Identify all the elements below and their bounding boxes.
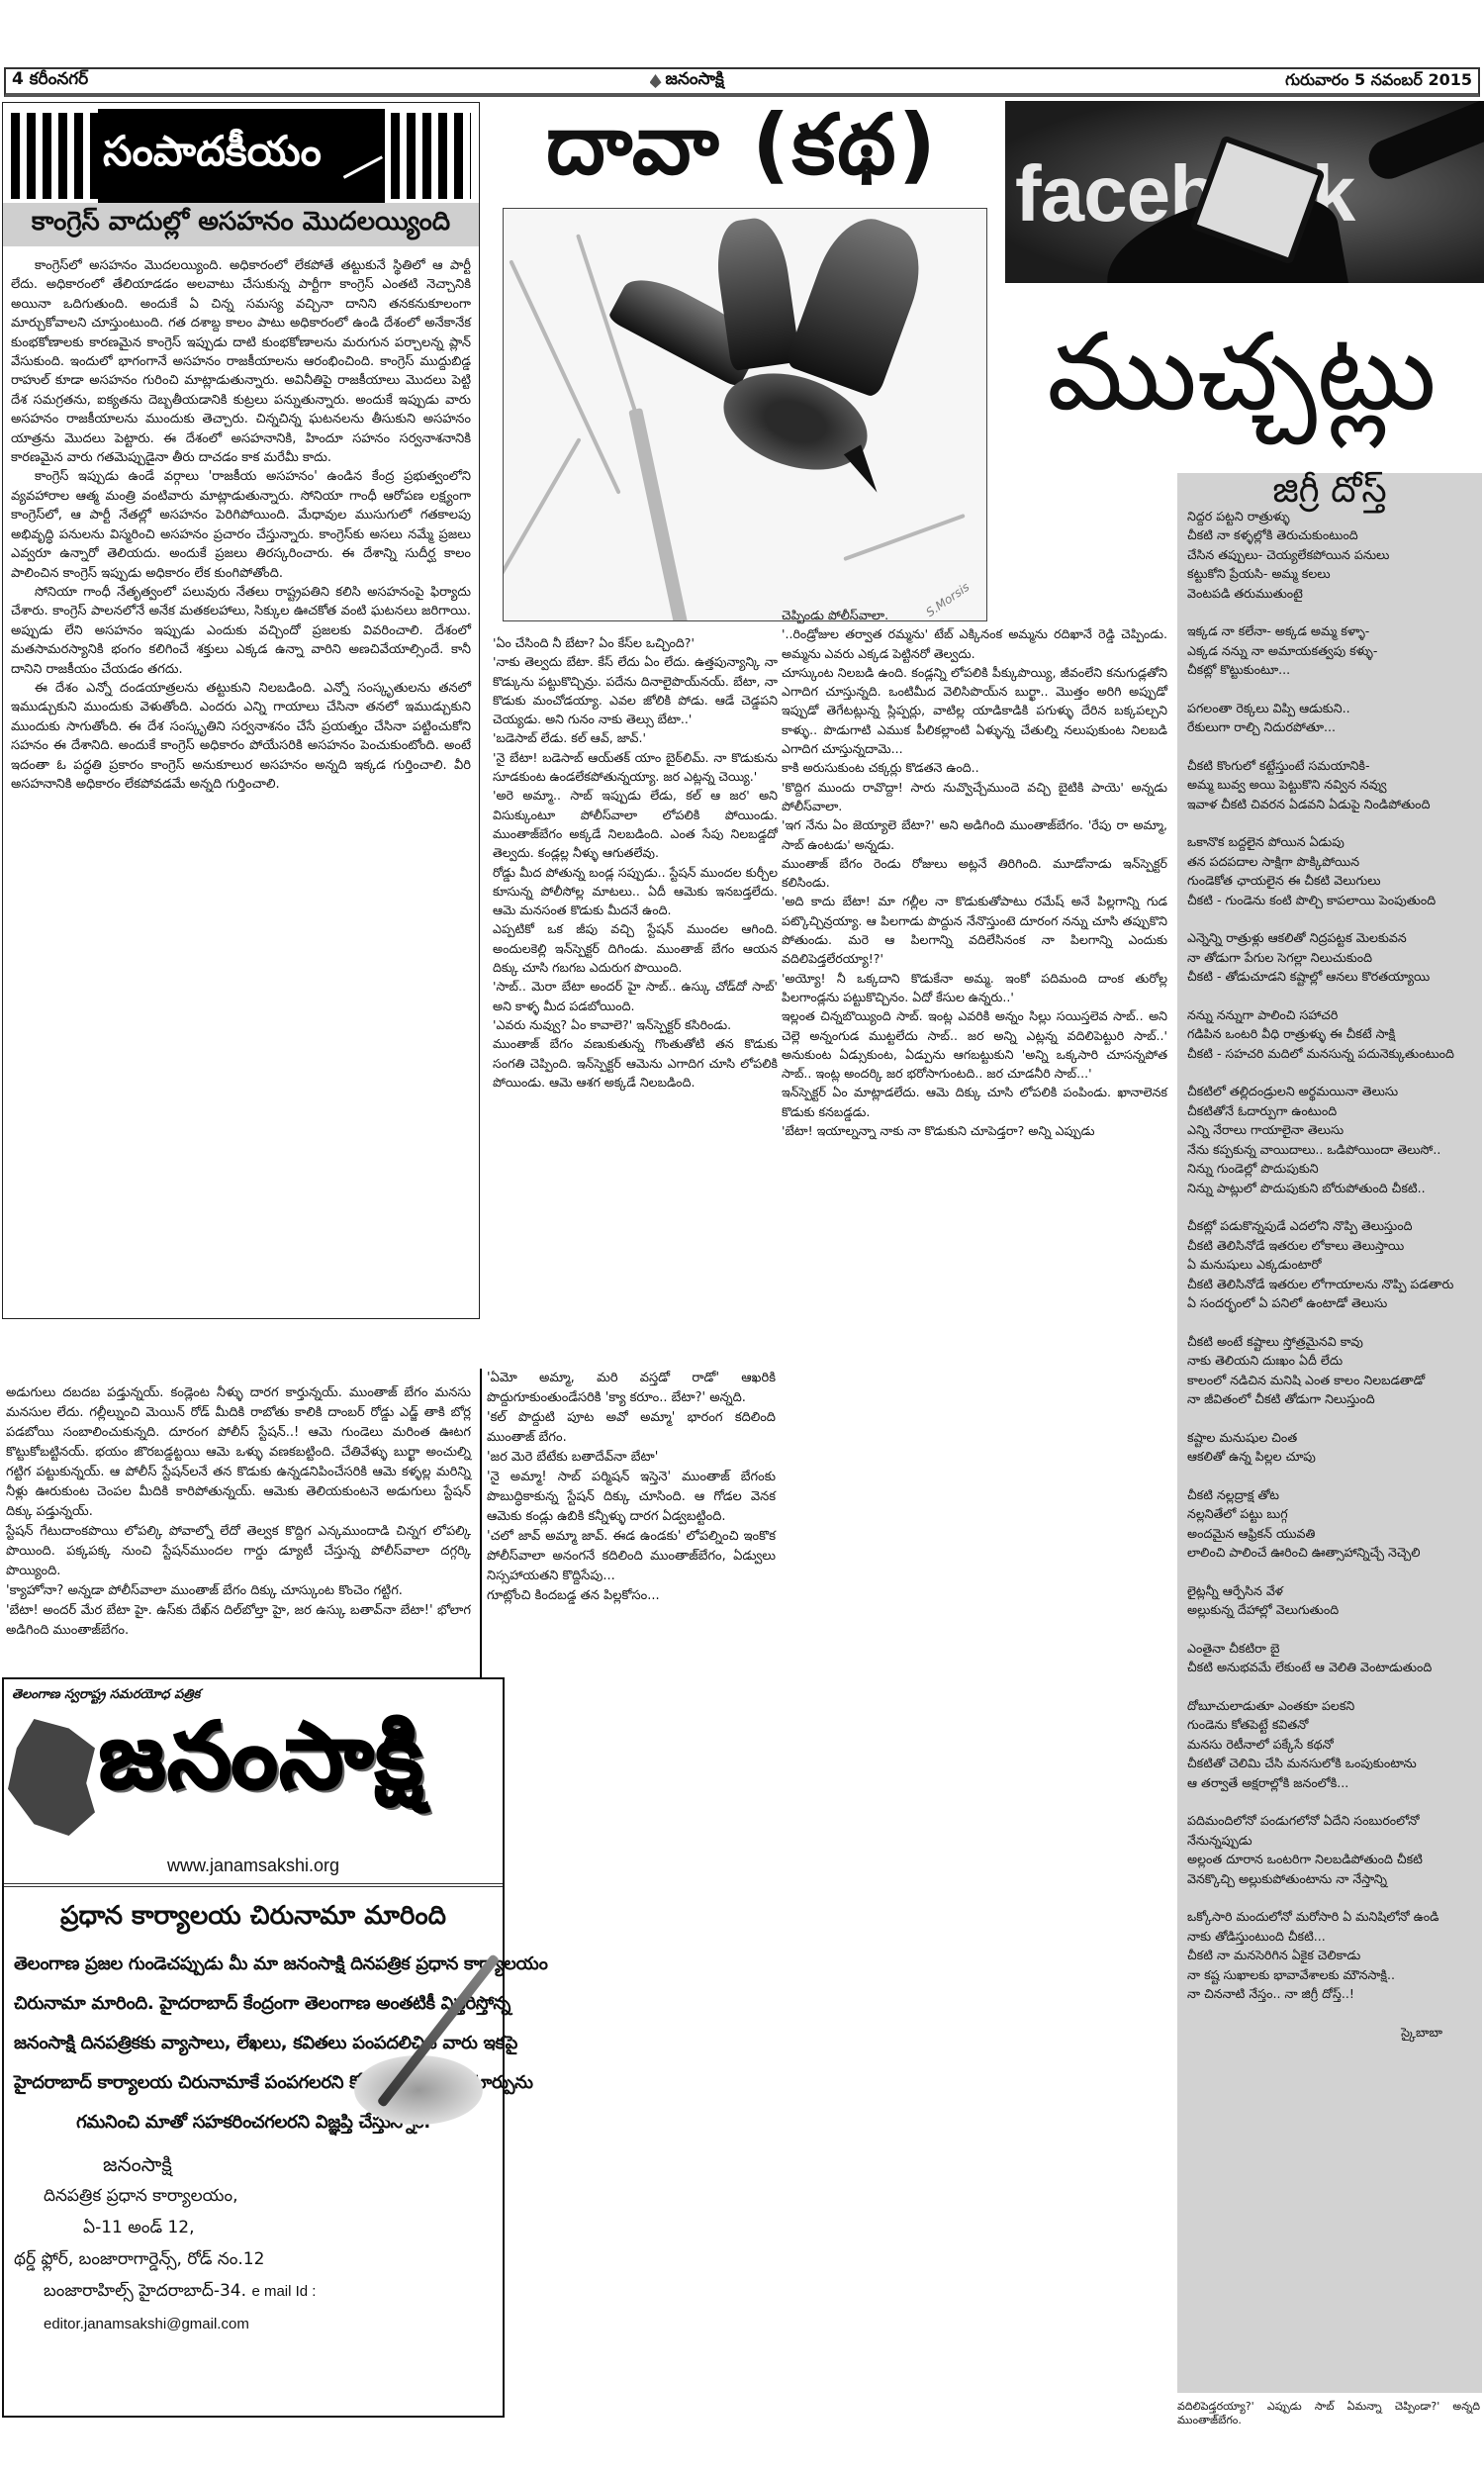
poem-stanza: ఎంతైనా చీకటిరా బైచీకటి అనుభవమే లేకుంటే ఆ… xyxy=(1187,1639,1472,1677)
poem-line: చీకటి - తోడుచూడని కష్టాల్లో ఆనలు కొరతయ్య… xyxy=(1187,967,1472,987)
poem-stanza: చీకటి కొంగులో కట్టేస్తుంటే సమయానికి-అమ్మ… xyxy=(1187,756,1472,814)
story-paragraph: 'బేటా! ఇయాల్నన్నా నాకు నా కొడుకుని చూపెడ… xyxy=(782,1121,1167,1140)
story-paragraph: అడుగులు దబదబ పడ్తున్నయ్. కండ్లెంట నీళ్ళు… xyxy=(6,1383,471,1522)
story-paragraph: ముంతాజ్ బేగం వణుకుతున్న గొంతుతోటి తన కొడ… xyxy=(493,1034,778,1092)
editorial-paragraph: కాంగ్రెస్ ఇప్పుడు ఉండే వర్గాలు 'రాజకీయ అ… xyxy=(11,467,471,582)
editorial-box: సంపాదకీయం కాంగ్రెస్ వాదుల్లో అసహనం మొదలయ… xyxy=(2,102,480,1319)
story-paragraph: 'నాకు తెల్వదు బేటా. కేస్ లేదు ఏం లేదు. ఉ… xyxy=(493,652,778,728)
poem-stanza: చీకటి నల్లద్రాక్ష తోటనల్లనితేలో పట్టు బు… xyxy=(1187,1485,1472,1563)
address-name: జనంసాక్షి xyxy=(14,2148,493,2180)
story-column-1: అడుగులు దబదబ పడ్తున్నయ్. కండ్లెంట నీళ్ళు… xyxy=(6,1383,471,1641)
poem-line: ఆ తర్వాతే అక్షరాల్లోకి జనంలోకి... xyxy=(1187,1773,1472,1793)
poem-line: అమ్మ బువ్వ అయి పెట్టుకొని నవ్విన నవ్వు xyxy=(1187,775,1472,795)
story-column-2: 'ఏం చేసింది నీ బేటా? ఏం కేస్‌ల ఒచ్చింది?… xyxy=(493,633,778,1092)
poem-line: నాకు తోడిస్తుంటుంది చీకటి... xyxy=(1187,1927,1472,1947)
advert-body: ప్రధాన కార్యాలయ చిరునామా మారింది తెలంగాణ… xyxy=(4,1887,503,2412)
story-paragraph: 'సాబ్.. మెరా బేటా అందర్ హై సాబ్.. ఉస్కు … xyxy=(493,977,778,1015)
advert-address: జనంసాక్షి దినపత్రిక ప్రధాన కార్యాలయం, ఏ-… xyxy=(14,2148,493,2340)
story-title: దావా (కథ) xyxy=(505,99,979,190)
editorial-banner-text: సంపాదకీయం xyxy=(103,127,322,186)
poem-line: అందమైన ఆఫ్రికన్ యువతి xyxy=(1187,1524,1472,1544)
poem-line: అల్లంత దూరాన ఒంటరిగా నిలబడిపోతుంది చీకటి xyxy=(1187,1850,1472,1869)
story-paragraph: 'నై బేటా! బడెసాబ్ ఆయ్‌తక్ యాం బైఠ్‌లిమ్.… xyxy=(493,748,778,787)
story-paragraph: 'చలో జావ్ అమ్మా జావ్. ఈడ ఉండకు' లోపల్నిం… xyxy=(487,1527,776,1586)
advert-url[interactable]: www.janamsakshi.org xyxy=(4,1855,503,1876)
address-line: థర్డ్ ఫ్లోర్, బంజారాగార్డెన్స్, రోడ్ నం.… xyxy=(14,2243,493,2275)
editorial-headline: కాంగ్రెస్ వాదుల్లో అసహనం మొదలయ్యింది xyxy=(3,203,479,246)
poem-line: నా కష్ట సుఖాలకు భావావేశాలకు మౌనసాక్షి.. xyxy=(1187,1965,1472,1985)
advert-logo: జనంసాక్షి xyxy=(99,1703,424,1832)
poem-line: వెనక్కొచ్చి అల్లుకుపోతుంటాను నా నేస్తాన్… xyxy=(1187,1869,1472,1889)
telangana-map-icon xyxy=(8,1719,95,1836)
leaf-icon xyxy=(650,74,662,88)
poem-line: మనసు రెటీనాలో పక్కేసే కథనో xyxy=(1187,1735,1472,1755)
poem-line: పదిమందిలోనో పండుగలోనో ఏదేని సంబురంలోనో xyxy=(1187,1811,1472,1831)
poem-line: చీకటి తెలిసినోడే ఇతరుల లోగాయాలను నొప్పి … xyxy=(1187,1275,1472,1294)
poem-line: ఎక్కడ నన్ను నా అమాయకత్వపు కళ్ళు- xyxy=(1187,641,1472,661)
poem-line: ఎంతైనా చీకటిరా బై xyxy=(1187,1639,1472,1659)
poem-line: ఇక్కడ నా కలేనా- అక్కడ అమ్మ కళ్ళా- xyxy=(1187,621,1472,641)
poem-stanza: చీకట్లో పడుకొన్నపుడే ఎదలోని నొప్పి తెలుస… xyxy=(1187,1216,1472,1313)
poem-line: రేకులుగా రాల్చి నిదురపోతూ... xyxy=(1187,717,1472,737)
masthead-logo-text: జనంసాక్షి xyxy=(666,69,724,93)
poem-line: నన్ను నన్నుగా పాలించి సహాచరి xyxy=(1187,1005,1472,1025)
story-paragraph: ఇన్‌స్పెక్టర్ ఏం మాట్లాడలేదు. ఆమె దిక్కు… xyxy=(782,1083,1167,1121)
editorial-paragraph: కాంగ్రెస్‌లో అసహనం మొదలయ్యింది. అధికారంల… xyxy=(11,256,471,467)
poem-line: ఇవాళ చీకటి చివరన ఏడవని ఏడుపై నిండిపోతుంద… xyxy=(1187,795,1472,814)
poem-line: ఒక్కోసారి మందులోనో మరోసారి ఏ మనిషిలోనో ఉ… xyxy=(1187,1907,1472,1927)
poem-box: జిగ్రీ దోస్త్ నిద్దర పట్టని రాత్రుళ్ళుచీ… xyxy=(1177,473,1482,2393)
poem-line: ఎన్ని నేరాలు గాయాలైనా తెలుసు xyxy=(1187,1120,1472,1140)
crow-beak xyxy=(844,444,885,497)
poem-line: చీకటితో చెలిమి చేసి మనసులోకి ఒంపుకుంటాను xyxy=(1187,1754,1472,1773)
story-paragraph: రోడ్డు మీద పోతున్న బండ్ల సప్పుడు.. స్టేష… xyxy=(493,863,778,920)
poem-author: స్కైబాబా xyxy=(1187,2023,1472,2043)
story-paragraph: స్టేషన్ గేటుదాంకపొయి లోపల్కి పోవాల్నో లే… xyxy=(6,1522,471,1581)
poem-line: కట్టుకోని ప్రేయసి- అమ్మ కలలు xyxy=(1187,564,1472,584)
poem-line: గడిపిన ఒంటరి వీధి రాత్రుళ్ళు ఈ చీకటే సాక… xyxy=(1187,1024,1472,1044)
facebook-photo: facebook xyxy=(1005,101,1484,283)
story-paragraph: '..రిండ్రోజుల తర్వాత రమ్మను' టేబ్ ఎక్కిన… xyxy=(782,624,1167,663)
poem-stanza: ఒక్కోసారి మందులోనో మరోసారి ఏ మనిషిలోనో ఉ… xyxy=(1187,1907,1472,2004)
story-paragraph: చూస్కుంట నిలబడి ఉంది. కండ్లన్ని లోపలికి … xyxy=(782,663,1167,758)
story-column-1b: 'ఏమో అమ్మా, మరి వస్తడో రాడో' ఆఖరికి పొద్… xyxy=(487,1369,776,1606)
poem-line: నిన్ను పాట్లులో పొదుపుకుని బోరుపోతుంది చ… xyxy=(1187,1179,1472,1198)
poem-stanza: ఎన్నెన్ని రాత్రుళ్లు ఆకలితో నిద్రపట్టక మ… xyxy=(1187,928,1472,987)
pointing-finger xyxy=(1363,101,1484,185)
poem-line: నా జీవితంలో చీకటి తోడుగా నిలుస్తుంది xyxy=(1187,1389,1472,1409)
poem-line: పగలంతా రెక్కలు విప్పి ఆడుకుని.. xyxy=(1187,699,1472,718)
story-paragraph: 'నై అమ్మా! సాబ్ పర్మిషన్ ఇస్తెనె' ముంతాజ… xyxy=(487,1468,776,1527)
story-paragraph: 'ఇగ నేను ఏం జెయ్యాలె బేటా?' అని అడిగింది… xyxy=(782,815,1167,854)
poem-line: ఏ సందర్భంలో ఏ పనిలో ఉంటాడో తెలుసు xyxy=(1187,1293,1472,1313)
editorial-banner: సంపాదకీయం xyxy=(11,109,471,203)
poem-stanzas: నిద్దర పట్టని రాత్రుళ్ళుచీకటి నా కళ్ళల్ల… xyxy=(1187,507,1472,2004)
story-paragraph: 'ఎవరు నువ్వు? ఏం కావాలె?' ఇన్‌స్పెక్టర్ … xyxy=(493,1015,778,1034)
poem-line: గుండెకోత ఛాయలైన ఈ చీకటి వెలుగులు xyxy=(1187,871,1472,891)
poem-line: చీకటి అంటే కష్టాలు స్తోత్రమైనవి కావు xyxy=(1187,1332,1472,1352)
poem-line: అల్లుకున్న దేహాల్లో వెలుగుతుంది xyxy=(1187,1600,1472,1620)
poem-line: లైట్లన్నీ ఆర్పేసిన వేళ xyxy=(1187,1581,1472,1601)
address-line: ఏ-11 అండ్ 12, xyxy=(14,2212,493,2243)
poem-line: ఒకానొక బద్దలైన పోయిన ఏడుపు xyxy=(1187,832,1472,852)
poem-line: చీకటి కొంగులో కట్టేస్తుంటే సమయానికి- xyxy=(1187,756,1472,776)
story-paragraph: 'కల్ పొద్దుటి పూట అవో అమ్మా' భారంగ కదిలి… xyxy=(487,1408,776,1448)
column-divider xyxy=(480,1369,482,1677)
branch-shape xyxy=(628,408,690,621)
story-paragraph: ఇల్లంత చిన్నబొయ్యింది సాబ్. ఇంట్ల ఎవరికి… xyxy=(782,1006,1167,1083)
advert-headline: ప్రధాన కార్యాలయ చిరునామా మారింది xyxy=(14,1901,493,1937)
branch-shape xyxy=(843,514,966,561)
poem-line: ఏ మనుషులు ఎక్కడుంటారో xyxy=(1187,1255,1472,1275)
edition-label: కరీంనగర్ xyxy=(30,69,89,89)
poem-line: నా తోడుగా పేగుల సెగల్లా నిలుచుకుంది xyxy=(1187,948,1472,968)
story-paragraph: గూట్లోంచి కిందబడ్డ తన పిల్లకోసం... xyxy=(487,1586,776,1606)
poem-line: చీకటి నా కళ్ళల్లోకి తెరుచుకుంటుంది xyxy=(1187,525,1472,545)
page-number-value: 4 xyxy=(12,69,24,89)
story-paragraph: 'ఏం చేసింది నీ బేటా? ఏం కేస్‌ల ఒచ్చింది?… xyxy=(493,633,778,652)
poem-stanza: కష్టాల మనుషుల చింతఆకలితో ఉన్న పిల్లల చూప… xyxy=(1187,1428,1472,1467)
poem-line: చీకటి అనుభవమే లేకుంటే ఆ వెలితి వెంటాడుతు… xyxy=(1187,1658,1472,1677)
story-paragraph: 'ఏమో అమ్మా, మరి వస్తడో రాడో' ఆఖరికి పొద్… xyxy=(487,1369,776,1408)
story-paragraph: 'అది కాదు బేటా! మా గల్లీల నా కొడుకుతోపాట… xyxy=(782,892,1167,968)
crow-wing-right xyxy=(785,208,935,399)
story-paragraph: 'అయ్యో! నీ ఒక్కదాని కొడుకేనా అమ్మ. ఇంకో … xyxy=(782,969,1167,1007)
poem-line: ఎన్నెన్ని రాత్రుళ్లు ఆకలితో నిద్రపట్టక మ… xyxy=(1187,928,1472,948)
poem-line: కాలంలో నడిచిన మనిషి ఎంత కాలం నిలబడతాడో xyxy=(1187,1371,1472,1390)
story-paragraph: 'బేటా! అందర్ మేర బేటా హై. ఉస్‌కు దేఖ్‌న … xyxy=(6,1601,471,1641)
poem-line: నేను కప్పకున్న వాయిదాలు.. ఒడిపోయిందా తెల… xyxy=(1187,1140,1472,1160)
branch-shape xyxy=(503,437,582,594)
story-paragraph: వదిలిపెడ్తరయ్యా?' ఎప్పుడు సాబ్ ఏమన్నా చె… xyxy=(1177,2400,1480,2427)
story-paragraph: 'కొద్దిగ ముందు రావొద్దా! సారు నువ్వొచ్చే… xyxy=(782,778,1167,816)
poem-stanza: ఇక్కడ నా కలేనా- అక్కడ అమ్మ కళ్ళా-ఎక్కడ న… xyxy=(1187,621,1472,680)
poem-stanza: చీకటిలో తల్లిదండ్రులని అర్థమయినా తెలుసుచ… xyxy=(1187,1082,1472,1197)
poem-line: గుండెను కోతపెట్టే కవితనో xyxy=(1187,1715,1472,1735)
poem-stanza: ఒకానొక బద్దలైన పోయిన ఏడుపుతన పదపదాల సాక్… xyxy=(1187,832,1472,909)
page-number: 4 కరీంనగర్ xyxy=(12,69,88,93)
poem-line: దోబూచులాడుతూ ఎంతకూ పలకని xyxy=(1187,1696,1472,1716)
poem-line: నేనున్నప్పుడు xyxy=(1187,1831,1472,1851)
address-city: బంజారాహిల్స్ హైదరాబాద్-34. xyxy=(44,2281,246,2301)
feature-title: ముచ్చట్లు xyxy=(999,315,1484,432)
banner-label: సంపాదకీయం xyxy=(98,109,385,203)
address-line: దినపత్రిక ప్రధాన కార్యాలయం, xyxy=(14,2180,493,2212)
office-address-advert: తెలంగాణ స్వరాష్ట్ర సమరయోధ పత్రిక జనంసాక్… xyxy=(2,1677,505,2418)
poem-line: నాకు తెలియని దుఃఖం ఏదీ లేదు xyxy=(1187,1351,1472,1371)
story-paragraph: 'క్యాహోనా? అన్నడా పోలీస్‌వాలా ముంతాజ్ బే… xyxy=(6,1581,471,1601)
issue-date: గురువారం 5 నవంబర్ 2015 xyxy=(1285,70,1472,93)
poem-line: చేసిన తప్పులు- చెయ్యలేకపోయిన పనులు xyxy=(1187,545,1472,565)
story-paragraph: 'అరె అమ్మా.. సాబ్ ఇప్పుడు లేడు, కల్ ఆ జర… xyxy=(493,786,778,862)
poem-stanza: చీకటి అంటే కష్టాలు స్తోత్రమైనవి కావునాకు… xyxy=(1187,1332,1472,1409)
poem-line: కష్టాల మనుషుల చింత xyxy=(1187,1428,1472,1448)
poem-line: చీకటి తెలిసినోడే ఇతరుల లోకాలు తెలుస్తాయి xyxy=(1187,1236,1472,1256)
poem-stanza: దోబూచులాడుతూ ఎంతకూ పలకనిగుండెను కోతపెట్ట… xyxy=(1187,1696,1472,1793)
poem-title: జిగ్రీ దోస్త్ xyxy=(1187,477,1472,507)
poem-line: వెంటపడి తరుముతుంటై xyxy=(1187,584,1472,604)
poem-line: చీకటితోనే ఓదార్పుగా ఉంటుంది xyxy=(1187,1101,1472,1121)
story-paragraph: చెప్పిండు పోలీస్‌వాలా. xyxy=(782,606,1167,624)
story-column-3: చెప్పిండు పోలీస్‌వాలా. '..రిండ్రోజుల తర్… xyxy=(782,606,1167,1140)
poem-line: చీకటి నల్లద్రాక్ష తోట xyxy=(1187,1485,1472,1505)
masthead-logo: జనంసాక్షి xyxy=(650,69,724,93)
poem-line: లాలించి పాలించే ఊరించి ఊత్సాహాన్నిచ్చే న… xyxy=(1187,1543,1472,1563)
editorial-paragraph: సోనియా గాంధీ నేతృత్వంలో పలువురు నేతలు రా… xyxy=(11,583,471,679)
poem-line: నిన్ను గుండెల్లో పొదుపుకుని xyxy=(1187,1159,1472,1179)
story-paragraph: కాకి అరుసుకుంట చక్కర్లు కొడతనె ఉంది.. xyxy=(782,758,1167,777)
story-column-4: వదిలిపెడ్తరయ్యా?' ఎప్పుడు సాబ్ ఏమన్నా చె… xyxy=(1177,2400,1480,2427)
advert-logo-area: తెలంగాణ స్వరాష్ట్ర సమరయోధ పత్రిక జనంసాక్… xyxy=(4,1679,503,1887)
page-masthead: 4 కరీంనగర్ జనంసాక్షి గురువారం 5 నవంబర్ 2… xyxy=(4,67,1480,97)
poem-line: చీకటి నా మనసెరిగిన ఏకైక చెలికాడు xyxy=(1187,1946,1472,1965)
story-paragraph: 'బడెసాబ్ లేడు. కల్ ఆవ్, జావ్.' xyxy=(493,728,778,747)
pen-icon xyxy=(331,134,383,178)
poem-stanza: నన్ను నన్నుగా పాలించి సహాచరిగడిపిన ఒంటరి… xyxy=(1187,1005,1472,1064)
poem-line: చీకట్లో పడుకొన్నపుడే ఎదలోని నొప్పి తెలుస… xyxy=(1187,1216,1472,1236)
story-paragraph: ముంతాజ్ బేగం రెండు రోజులు అట్లనే తిరిగిం… xyxy=(782,854,1167,893)
poem-line: నా చిననాటి నేస్తం.. నా జిగ్రీ దోస్త్..! xyxy=(1187,1984,1472,2004)
poem-stanza: నిద్దర పట్టని రాత్రుళ్ళుచీకటి నా కళ్ళల్ల… xyxy=(1187,507,1472,604)
story-paragraph: ఎప్పటికో ఒక జీపు వచ్చి స్టేషన్ ముందల ఆగి… xyxy=(493,919,778,977)
poem-line: తన పదపదాల సాక్షిగా పొక్కిపోయిన xyxy=(1187,852,1472,872)
poem-line: చీకటి - గుండెను కంటి పొల్చి కాపలాయి పెంప… xyxy=(1187,891,1472,910)
poem-stanza: పగలంతా రెక్కలు విప్పి ఆడుకుని..రేకులుగా … xyxy=(1187,699,1472,737)
poem-line: చీకటి - సహచరి మదిలో మనసున్న పదునెక్కుతుం… xyxy=(1187,1044,1472,1064)
editorial-paragraph: ఈ దేశం ఎన్నో దండయాత్రలను తట్టుకుని నిలబడ… xyxy=(11,679,471,794)
crow-painting: S.Morsis xyxy=(503,208,987,621)
poem-line: ఆకలితో ఉన్న పిల్లల చూపు xyxy=(1187,1447,1472,1467)
poem-line: చీకటిలో తల్లిదండ్రులని అర్థమయినా తెలుసు xyxy=(1187,1082,1472,1101)
writing-hand-icon xyxy=(325,1947,493,2135)
story-paragraph: 'జర మెరె బేటేకు బతాదేవ్‌నా బేటా' xyxy=(487,1448,776,1468)
poem-line: చీకట్లో కొట్టుకుంటూ... xyxy=(1187,660,1472,680)
poem-stanza: పదిమందిలోనో పండుగలోనో ఏదేని సంబురంలోనోనే… xyxy=(1187,1811,1472,1888)
poem-line: నల్లనితేలో పట్టు బుగ్గ xyxy=(1187,1504,1472,1524)
poem-stanza: లైట్లన్నీ ఆర్పేసిన వేళఅల్లుకున్న దేహాల్ల… xyxy=(1187,1581,1472,1620)
editorial-body: కాంగ్రెస్‌లో అసహనం మొదలయ్యింది. అధికారంల… xyxy=(11,256,471,794)
hand-shape xyxy=(354,2055,483,2125)
address-line: బంజారాహిల్స్ హైదరాబాద్-34. e mail Id : e… xyxy=(14,2275,493,2340)
